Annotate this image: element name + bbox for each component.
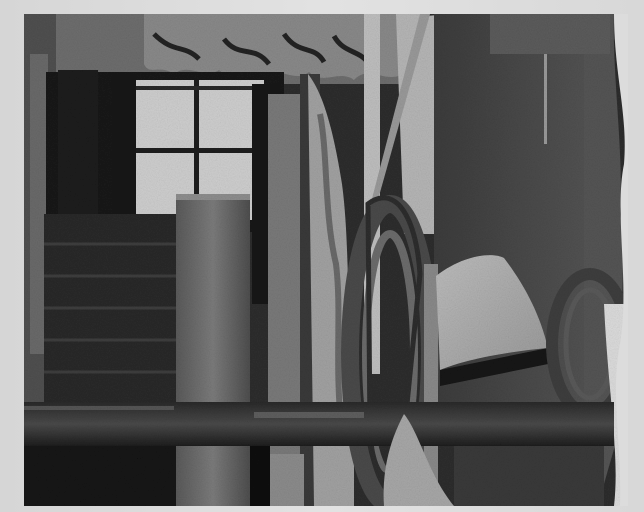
print-mount xyxy=(0,0,644,512)
photo-print xyxy=(24,14,628,506)
mill-interior-photo xyxy=(24,14,628,506)
